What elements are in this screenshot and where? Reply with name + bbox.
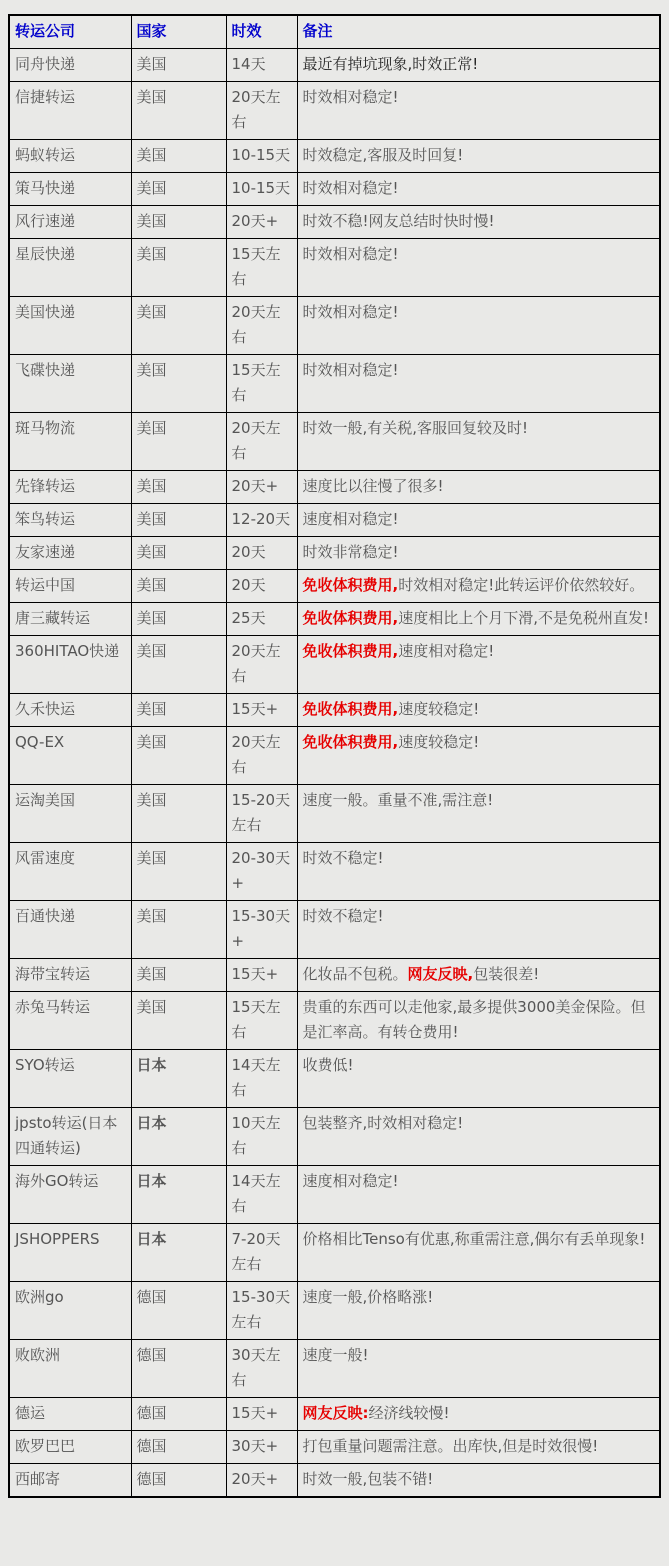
- company-cell: 百通快递: [9, 901, 131, 959]
- note-text: 时效相对稳定!此转运评价依然较好。: [398, 576, 644, 594]
- header-row: 转运公司 国家 时效 备注: [9, 15, 660, 49]
- note-text: 速度一般!: [303, 1346, 369, 1364]
- country-cell: 美国: [131, 785, 226, 843]
- time-cell: 20天左右: [226, 82, 297, 140]
- company-cell: 斑马物流: [9, 413, 131, 471]
- country-cell: 德国: [131, 1282, 226, 1340]
- note-text: 包装很差!: [473, 965, 539, 983]
- note-text: 时效相对稳定!: [303, 179, 399, 197]
- time-cell: 10天左右: [226, 1108, 297, 1166]
- country-cell: 德国: [131, 1340, 226, 1398]
- note-text: 时效相对稳定!: [303, 88, 399, 106]
- time-cell: 20天+: [226, 1464, 297, 1498]
- country-cell: 美国: [131, 727, 226, 785]
- note-cell: 时效一般,包装不错!: [297, 1464, 660, 1498]
- table-row: 德运 德国 15天+ 网友反映:经济线较慢!: [9, 1398, 660, 1431]
- table-row: 先锋转运 美国 20天+ 速度比以往慢了很多!: [9, 471, 660, 504]
- time-cell: 15天+: [226, 1398, 297, 1431]
- note-highlight: 免收体积费用,: [303, 576, 399, 594]
- table-row: 飞碟快递 美国 15天左右 时效相对稳定!: [9, 355, 660, 413]
- table-row: 久禾快运 美国 15天+ 免收体积费用,速度较稳定!: [9, 694, 660, 727]
- note-text: 时效相对稳定!: [303, 245, 399, 263]
- time-cell: 20天+: [226, 206, 297, 239]
- time-cell: 14天左右: [226, 1166, 297, 1224]
- note-highlight: 网友反映:: [303, 1404, 369, 1422]
- time-cell: 20天左右: [226, 413, 297, 471]
- country-cell: 美国: [131, 901, 226, 959]
- table-row: 海带宝转运 美国 15天+ 化妆品不包税。网友反映,包装很差!: [9, 959, 660, 992]
- company-cell: 欧罗巴巴: [9, 1431, 131, 1464]
- note-cell: 时效相对稳定!: [297, 239, 660, 297]
- company-cell: 星辰快递: [9, 239, 131, 297]
- company-cell: 唐三藏转运: [9, 603, 131, 636]
- note-cell: 速度比以往慢了很多!: [297, 471, 660, 504]
- note-text: 速度一般。重量不准,需注意!: [303, 791, 494, 809]
- note-cell: 速度一般!: [297, 1340, 660, 1398]
- time-cell: 14天: [226, 49, 297, 82]
- country-cell: 美国: [131, 355, 226, 413]
- table-row: 360HITAO快递 美国 20天左右 免收体积费用,速度相对稳定!: [9, 636, 660, 694]
- table-row: 欧洲go 德国 15-30天左右 速度一般,价格略涨!: [9, 1282, 660, 1340]
- note-text: 经济线较慢!: [369, 1404, 450, 1422]
- table-row: 败欧洲 德国 30天左右 速度一般!: [9, 1340, 660, 1398]
- time-cell: 15-30天左右: [226, 1282, 297, 1340]
- table-row: 美国快递 美国 20天左右 时效相对稳定!: [9, 297, 660, 355]
- company-cell: 风行速递: [9, 206, 131, 239]
- company-cell: SYO转运: [9, 1050, 131, 1108]
- time-cell: 15-30天+: [226, 901, 297, 959]
- country-cell: 美国: [131, 239, 226, 297]
- company-cell: 海外GO转运: [9, 1166, 131, 1224]
- note-cell: 时效一般,有关税,客服回复较及时!: [297, 413, 660, 471]
- country-cell: 美国: [131, 537, 226, 570]
- header-country: 国家: [131, 15, 226, 49]
- table-row: 赤兔马转运 美国 15天左右 贵重的东西可以走他家,最多提供3000美金保险。但…: [9, 992, 660, 1050]
- time-cell: 20天+: [226, 471, 297, 504]
- company-cell: jpsto转运(日本四通转运): [9, 1108, 131, 1166]
- note-cell: 时效相对稳定!: [297, 297, 660, 355]
- note-cell: 免收体积费用,速度相比上个月下滑,不是免税州直发!: [297, 603, 660, 636]
- table-row: 策马快递 美国 10-15天 时效相对稳定!: [9, 173, 660, 206]
- time-cell: 14天左右: [226, 1050, 297, 1108]
- country-cell: 德国: [131, 1398, 226, 1431]
- note-highlight: 免收体积费用,: [303, 609, 399, 627]
- country-cell: 美国: [131, 959, 226, 992]
- note-cell: 免收体积费用,时效相对稳定!此转运评价依然较好。: [297, 570, 660, 603]
- country-cell: 美国: [131, 603, 226, 636]
- country-cell: 德国: [131, 1464, 226, 1498]
- company-cell: 美国快递: [9, 297, 131, 355]
- country-cell: 美国: [131, 49, 226, 82]
- time-cell: 10-15天: [226, 173, 297, 206]
- note-cell: 打包重量问题需注意。出库快,但是时效很慢!: [297, 1431, 660, 1464]
- note-cell: 时效不稳定!: [297, 901, 660, 959]
- note-cell: 价格相比Tenso有优惠,称重需注意,偶尔有丢单现象!: [297, 1224, 660, 1282]
- table-row: 笨鸟转运 美国 12-20天 速度相对稳定!: [9, 504, 660, 537]
- note-text: 速度相对稳定!: [303, 510, 399, 528]
- country-cell: 日本: [131, 1050, 226, 1108]
- note-highlight: 免收体积费用,: [303, 700, 399, 718]
- note-highlight: 免收体积费用,: [303, 733, 399, 751]
- table-row: 欧罗巴巴 德国 30天+ 打包重量问题需注意。出库快,但是时效很慢!: [9, 1431, 660, 1464]
- company-cell: 败欧洲: [9, 1340, 131, 1398]
- country-cell: 美国: [131, 140, 226, 173]
- time-cell: 15-20天左右: [226, 785, 297, 843]
- note-cell: 速度一般,价格略涨!: [297, 1282, 660, 1340]
- table-row: 同舟快递 美国 14天 最近有掉坑现象,时效正常!: [9, 49, 660, 82]
- time-cell: 30天左右: [226, 1340, 297, 1398]
- table-body: 同舟快递 美国 14天 最近有掉坑现象,时效正常! 信捷转运 美国 20天左右 …: [9, 49, 660, 1498]
- company-cell: QQ-EX: [9, 727, 131, 785]
- table-row: jpsto转运(日本四通转运) 日本 10天左右 包装整齐,时效相对稳定!: [9, 1108, 660, 1166]
- note-text: 贵重的东西可以走他家,最多提供3000美金保险。但是汇率高。有转仓费用!: [303, 998, 646, 1041]
- time-cell: 20天: [226, 570, 297, 603]
- forwarder-comparison-table: 转运公司 国家 时效 备注 同舟快递 美国 14天 最近有掉坑现象,时效正常! …: [8, 14, 661, 1498]
- time-cell: 15天左右: [226, 239, 297, 297]
- table-row: SYO转运 日本 14天左右 收费低!: [9, 1050, 660, 1108]
- note-text: 时效相对稳定!: [303, 361, 399, 379]
- note-text: 打包重量问题需注意。出库快,但是时效很慢!: [303, 1437, 599, 1455]
- table-row: 西邮寄 德国 20天+ 时效一般,包装不错!: [9, 1464, 660, 1498]
- table-row: 信捷转运 美国 20天左右 时效相对稳定!: [9, 82, 660, 140]
- time-cell: 20-30天+: [226, 843, 297, 901]
- company-cell: 蚂蚁转运: [9, 140, 131, 173]
- country-cell: 美国: [131, 636, 226, 694]
- company-cell: 久禾快运: [9, 694, 131, 727]
- note-text: 包装整齐,时效相对稳定!: [303, 1114, 464, 1132]
- note-text: 速度相比上个月下滑,不是免税州直发!: [398, 609, 649, 627]
- time-cell: 15天+: [226, 959, 297, 992]
- note-cell: 时效不稳定!: [297, 843, 660, 901]
- company-cell: 德运: [9, 1398, 131, 1431]
- note-cell: 网友反映:经济线较慢!: [297, 1398, 660, 1431]
- company-cell: 友家速递: [9, 537, 131, 570]
- country-cell: 美国: [131, 206, 226, 239]
- note-text: 时效稳定,客服及时回复!: [303, 146, 464, 164]
- time-cell: 7-20天左右: [226, 1224, 297, 1282]
- header-company: 转运公司: [9, 15, 131, 49]
- note-cell: 包装整齐,时效相对稳定!: [297, 1108, 660, 1166]
- country-cell: 德国: [131, 1431, 226, 1464]
- note-text: 时效不稳定!: [303, 849, 384, 867]
- table-row: 星辰快递 美国 15天左右 时效相对稳定!: [9, 239, 660, 297]
- note-text: 时效不稳!网友总结时快时慢!: [303, 212, 495, 230]
- note-text: 速度相对稳定!: [303, 1172, 399, 1190]
- note-cell: 免收体积费用,速度较稳定!: [297, 694, 660, 727]
- company-cell: 运淘美国: [9, 785, 131, 843]
- company-cell: 海带宝转运: [9, 959, 131, 992]
- note-cell: 时效非常稳定!: [297, 537, 660, 570]
- table-row: 转运中国 美国 20天 免收体积费用,时效相对稳定!此转运评价依然较好。: [9, 570, 660, 603]
- note-cell: 速度一般。重量不准,需注意!: [297, 785, 660, 843]
- time-cell: 12-20天: [226, 504, 297, 537]
- table-row: 运淘美国 美国 15-20天左右 速度一般。重量不准,需注意!: [9, 785, 660, 843]
- table-row: 蚂蚁转运 美国 10-15天 时效稳定,客服及时回复!: [9, 140, 660, 173]
- table-row: 友家速递 美国 20天 时效非常稳定!: [9, 537, 660, 570]
- time-cell: 20天: [226, 537, 297, 570]
- time-cell: 15天+: [226, 694, 297, 727]
- note-text: 时效不稳定!: [303, 907, 384, 925]
- note-cell: 速度相对稳定!: [297, 1166, 660, 1224]
- country-cell: 美国: [131, 504, 226, 537]
- note-text: 价格相比Tenso有优惠,称重需注意,偶尔有丢单现象!: [303, 1230, 646, 1248]
- company-cell: JSHOPPERS: [9, 1224, 131, 1282]
- note-cell: 时效相对稳定!: [297, 173, 660, 206]
- table-row: 唐三藏转运 美国 25天 免收体积费用,速度相比上个月下滑,不是免税州直发!: [9, 603, 660, 636]
- note-cell: 免收体积费用,速度相对稳定!: [297, 636, 660, 694]
- time-cell: 15天左右: [226, 355, 297, 413]
- note-text: 收费低!: [303, 1056, 354, 1074]
- table-row: JSHOPPERS 日本 7-20天左右 价格相比Tenso有优惠,称重需注意,…: [9, 1224, 660, 1282]
- note-text: 时效相对稳定!: [303, 303, 399, 321]
- country-cell: 日本: [131, 1224, 226, 1282]
- note-text: 速度较稳定!: [398, 733, 479, 751]
- country-cell: 日本: [131, 1166, 226, 1224]
- note-text: 速度一般,价格略涨!: [303, 1288, 434, 1306]
- time-cell: 30天+: [226, 1431, 297, 1464]
- country-cell: 日本: [131, 1108, 226, 1166]
- note-cell: 化妆品不包税。网友反映,包装很差!: [297, 959, 660, 992]
- time-cell: 15天左右: [226, 992, 297, 1050]
- note-text: 速度比以往慢了很多!: [303, 477, 444, 495]
- country-cell: 美国: [131, 471, 226, 504]
- company-cell: 欧洲go: [9, 1282, 131, 1340]
- note-text: 时效一般,有关税,客服回复较及时!: [303, 419, 529, 437]
- table-row: 风行速递 美国 20天+ 时效不稳!网友总结时快时慢!: [9, 206, 660, 239]
- company-cell: 转运中国: [9, 570, 131, 603]
- note-text: 速度较稳定!: [398, 700, 479, 718]
- company-cell: 笨鸟转运: [9, 504, 131, 537]
- note-highlight: 网友反映,: [408, 965, 474, 983]
- country-cell: 美国: [131, 992, 226, 1050]
- note-text: 化妆品不包税。: [303, 965, 408, 983]
- company-cell: 赤兔马转运: [9, 992, 131, 1050]
- company-cell: 先锋转运: [9, 471, 131, 504]
- note-text: 速度相对稳定!: [398, 642, 494, 660]
- table-row: 海外GO转运 日本 14天左右 速度相对稳定!: [9, 1166, 660, 1224]
- note-cell: 时效不稳!网友总结时快时慢!: [297, 206, 660, 239]
- country-cell: 美国: [131, 173, 226, 206]
- country-cell: 美国: [131, 82, 226, 140]
- time-cell: 20天左右: [226, 727, 297, 785]
- time-cell: 25天: [226, 603, 297, 636]
- header-note: 备注: [297, 15, 660, 49]
- time-cell: 10-15天: [226, 140, 297, 173]
- note-cell: 贵重的东西可以走他家,最多提供3000美金保险。但是汇率高。有转仓费用!: [297, 992, 660, 1050]
- header-time: 时效: [226, 15, 297, 49]
- page-background: 转运公司 国家 时效 备注 同舟快递 美国 14天 最近有掉坑现象,时效正常! …: [0, 0, 669, 1566]
- note-cell: 时效稳定,客服及时回复!: [297, 140, 660, 173]
- note-cell: 收费低!: [297, 1050, 660, 1108]
- time-cell: 20天左右: [226, 297, 297, 355]
- company-cell: 飞碟快递: [9, 355, 131, 413]
- note-cell: 时效相对稳定!: [297, 355, 660, 413]
- note-cell: 最近有掉坑现象,时效正常!: [297, 49, 660, 82]
- note-text: 时效一般,包装不错!: [303, 1470, 434, 1488]
- table-row: 风雷速度 美国 20-30天+ 时效不稳定!: [9, 843, 660, 901]
- company-cell: 策马快递: [9, 173, 131, 206]
- company-cell: 信捷转运: [9, 82, 131, 140]
- note-highlight: 免收体积费用,: [303, 642, 399, 660]
- table-row: QQ-EX 美国 20天左右 免收体积费用,速度较稳定!: [9, 727, 660, 785]
- company-cell: 360HITAO快递: [9, 636, 131, 694]
- note-cell: 免收体积费用,速度较稳定!: [297, 727, 660, 785]
- country-cell: 美国: [131, 570, 226, 603]
- country-cell: 美国: [131, 843, 226, 901]
- table-row: 斑马物流 美国 20天左右 时效一般,有关税,客服回复较及时!: [9, 413, 660, 471]
- time-cell: 20天左右: [226, 636, 297, 694]
- country-cell: 美国: [131, 413, 226, 471]
- note-text: 时效非常稳定!: [303, 543, 399, 561]
- note-cell: 时效相对稳定!: [297, 82, 660, 140]
- company-cell: 同舟快递: [9, 49, 131, 82]
- company-cell: 西邮寄: [9, 1464, 131, 1498]
- note-text: 最近有掉坑现象,时效正常!: [303, 55, 479, 73]
- country-cell: 美国: [131, 297, 226, 355]
- country-cell: 美国: [131, 694, 226, 727]
- table-row: 百通快递 美国 15-30天+ 时效不稳定!: [9, 901, 660, 959]
- company-cell: 风雷速度: [9, 843, 131, 901]
- note-cell: 速度相对稳定!: [297, 504, 660, 537]
